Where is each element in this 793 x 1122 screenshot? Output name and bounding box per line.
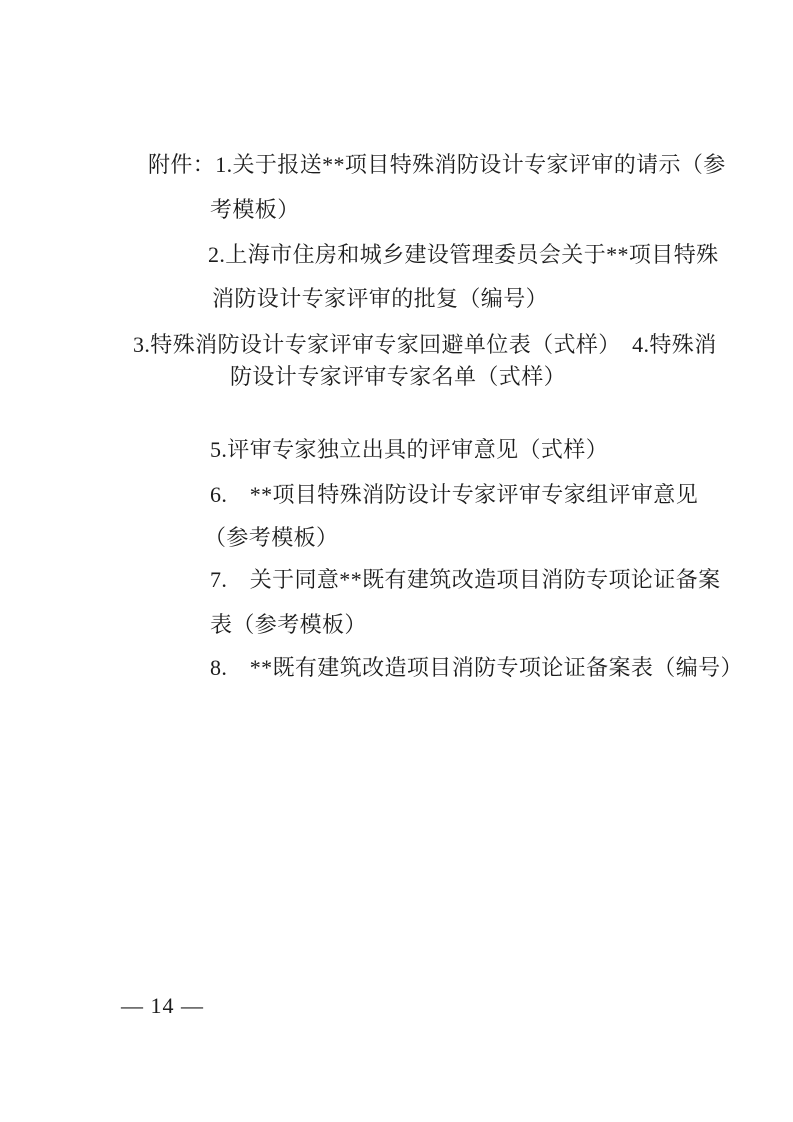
attachment-item-2-line-2: 消防设计专家评审的批复（编号） <box>212 286 548 312</box>
document-page: 附件：1.关于报送**项目特殊消防设计专家评审的请示（参 考模板） 2.上海市住… <box>0 0 793 1122</box>
attachment-item-3-4-line-1: 3.特殊消防设计专家评审专家回避单位表（式样） 4.特殊消 <box>133 332 717 358</box>
attachment-item-2-line-1: 2.上海市住房和城乡建设管理委员会关于**项目特殊 <box>208 242 719 268</box>
attachment-item-1-line-1: 1.关于报送**项目特殊消防设计专家评审的请示（参 <box>215 152 726 177</box>
attachment-item-6-line-2: （参考模板） <box>204 525 338 551</box>
attachment-item-8: 8. **既有建筑改造项目消防专项论证备案表（编号） <box>210 655 743 681</box>
attachment-item-5: 5.评审专家独立出具的评审意见（式样） <box>210 437 608 463</box>
attachment-item-1-line-2: 考模板） <box>210 197 300 223</box>
attachment-item-6-line-1: 6. **项目特殊消防设计专家评审专家组评审意见 <box>210 482 698 508</box>
attachment-item-7-line-2: 表（参考模板） <box>210 612 367 638</box>
attachment-item-3-4-line-2: 防设计专家评审专家名单（式样） <box>230 364 566 390</box>
attachment-label: 附件： <box>148 152 215 177</box>
attachment-item-7-line-1: 7. 关于同意**既有建筑改造项目消防专项论证备案 <box>210 567 721 593</box>
page-number: — 14 — <box>121 993 204 1019</box>
attachment-line-1: 附件：1.关于报送**项目特殊消防设计专家评审的请示（参 <box>148 152 726 178</box>
